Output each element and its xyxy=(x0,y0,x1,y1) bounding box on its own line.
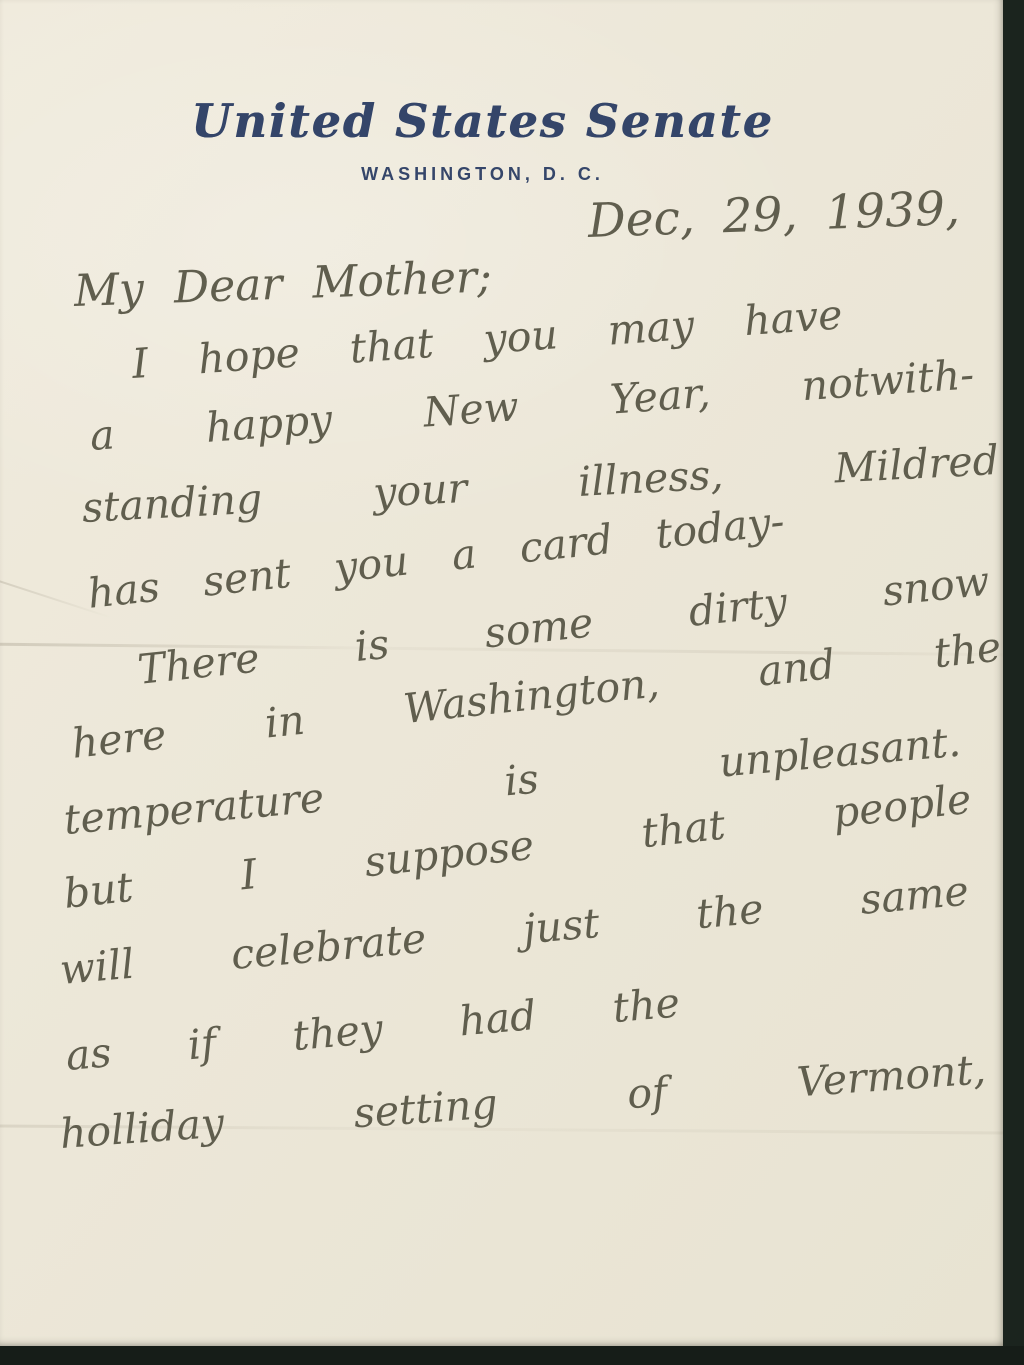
letter-paper: United States Senate WASHINGTON, D. C. D… xyxy=(0,0,1003,1346)
letter-body-line: standing your illness, Mildred xyxy=(81,438,1000,531)
scan-edge-bottom xyxy=(0,1346,1024,1365)
scan-edge-right xyxy=(1003,0,1024,1365)
letterhead-location: WASHINGTON, D. C. xyxy=(0,164,1003,185)
letter-body-line: as if they had the xyxy=(64,980,682,1079)
letter-scan: United States Senate WASHINGTON, D. C. D… xyxy=(0,0,1024,1365)
letter-date: Dec, 29, 1939, xyxy=(587,183,961,248)
letterhead-organization: United States Senate xyxy=(0,94,1003,148)
letterhead: United States Senate WASHINGTON, D. C. xyxy=(0,94,1003,185)
letter-salutation: My Dear Mother; xyxy=(73,253,492,316)
